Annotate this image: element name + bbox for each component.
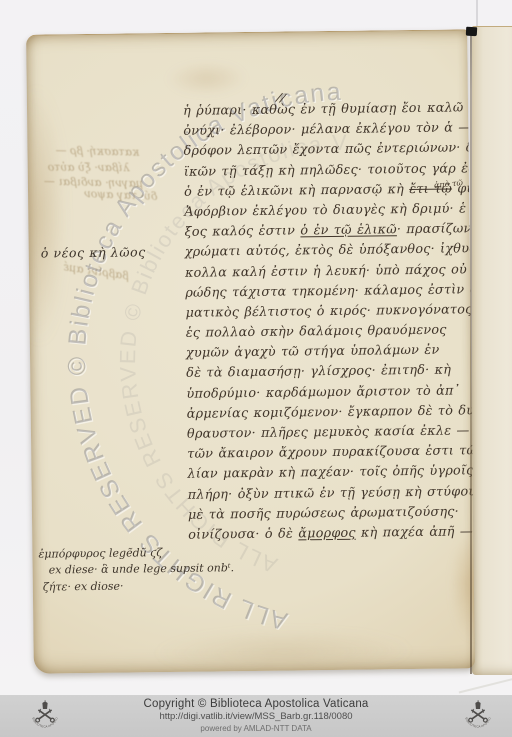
underlined-phrase: ὁ ἐν τῷ ἑλικῶ: [300, 222, 397, 238]
vatican-logo-right: BIBLIOTECA APOSTOLICA VATICANA: [462, 699, 494, 733]
text-run: ξος καλός ἐστιν: [184, 224, 300, 240]
gutter-fold-line: [470, 27, 472, 674]
text-line: χρώματι αὐτός, ἐκτὸς δὲ ὑπόξανθος· ἰχθυό…: [185, 240, 473, 264]
footer-bar: BIBLIOTECA APOSTOLICA VATICANA Copyright…: [0, 695, 512, 737]
text-run: ὁ ἐν τῷ ἑλικῶνι κὴ παρνασῷ κὴ: [184, 182, 409, 200]
bleedthrough-text: μαγνη· ανδιβαι —: [44, 175, 143, 190]
text-run: · πρασίζων τῷ: [397, 221, 475, 237]
bleedthrough-text: λίβαν· ξὺ αὐτο: [48, 161, 130, 174]
bottom-note-line: ζήτε· ex diose·: [43, 577, 235, 595]
paper-stain: [26, 85, 67, 346]
text-line: οἰνίζουσα· ὁ δὲ ἄμορφος κὴ παχέα ἀπῆ —: [188, 522, 475, 546]
bottom-note-line: ex diese· ἃ unde lege supsit onbᵗ.: [49, 560, 235, 578]
underlined-phrase: ἄμορφος: [298, 526, 356, 542]
bleedthrough-text: δύ· ταγ αψον: [84, 187, 158, 203]
main-text-block: ἡ ῥύπαρι· καθὼς ἐν τῇ θυμίασῃ ἔοι καλῶὀν…: [183, 98, 475, 546]
bleedthrough-text: κατασκή· βρ —: [55, 144, 139, 159]
source-url: http://digi.vatlib.it/view/MSS_Barb.gr.1…: [0, 711, 512, 722]
text-run: κὴ παχέα ἀπῆ —: [356, 524, 473, 540]
page-edge-line-top: [476, 0, 478, 29]
bookmark-mark: [466, 27, 477, 37]
paper-stain: [153, 627, 414, 674]
text-run: οἰνίζουσα· ὁ δὲ: [188, 526, 298, 542]
manuscript-page: ALL RIGHTS RESERVED © Biblioteca Apostol…: [26, 29, 475, 673]
paper-stain: [166, 61, 246, 96]
copyright-text: Copyright © Biblioteca Apostolica Vatica…: [0, 698, 512, 710]
scan-viewport: ALL RIGHTS RESERVED © Biblioteca Apostol…: [0, 0, 512, 737]
bleedthrough-text: βαβρίνι αμέ: [62, 260, 129, 282]
bottom-margin-note: ἐμπόρφυρος legẽdũ ϛζ ex diese· ἃ unde le…: [38, 544, 234, 595]
powered-by-text: powered by AMLAD-NTT DATA: [0, 724, 512, 733]
papal-emblem-icon: [469, 700, 487, 722]
manuscript-photo: ALL RIGHTS RESERVED © Biblioteca Apostol…: [0, 0, 512, 695]
next-page-edge: [472, 26, 512, 675]
page-corner-line: [459, 677, 512, 694]
left-margin-note: ὁ νέος κὴ λῶος: [41, 244, 146, 260]
